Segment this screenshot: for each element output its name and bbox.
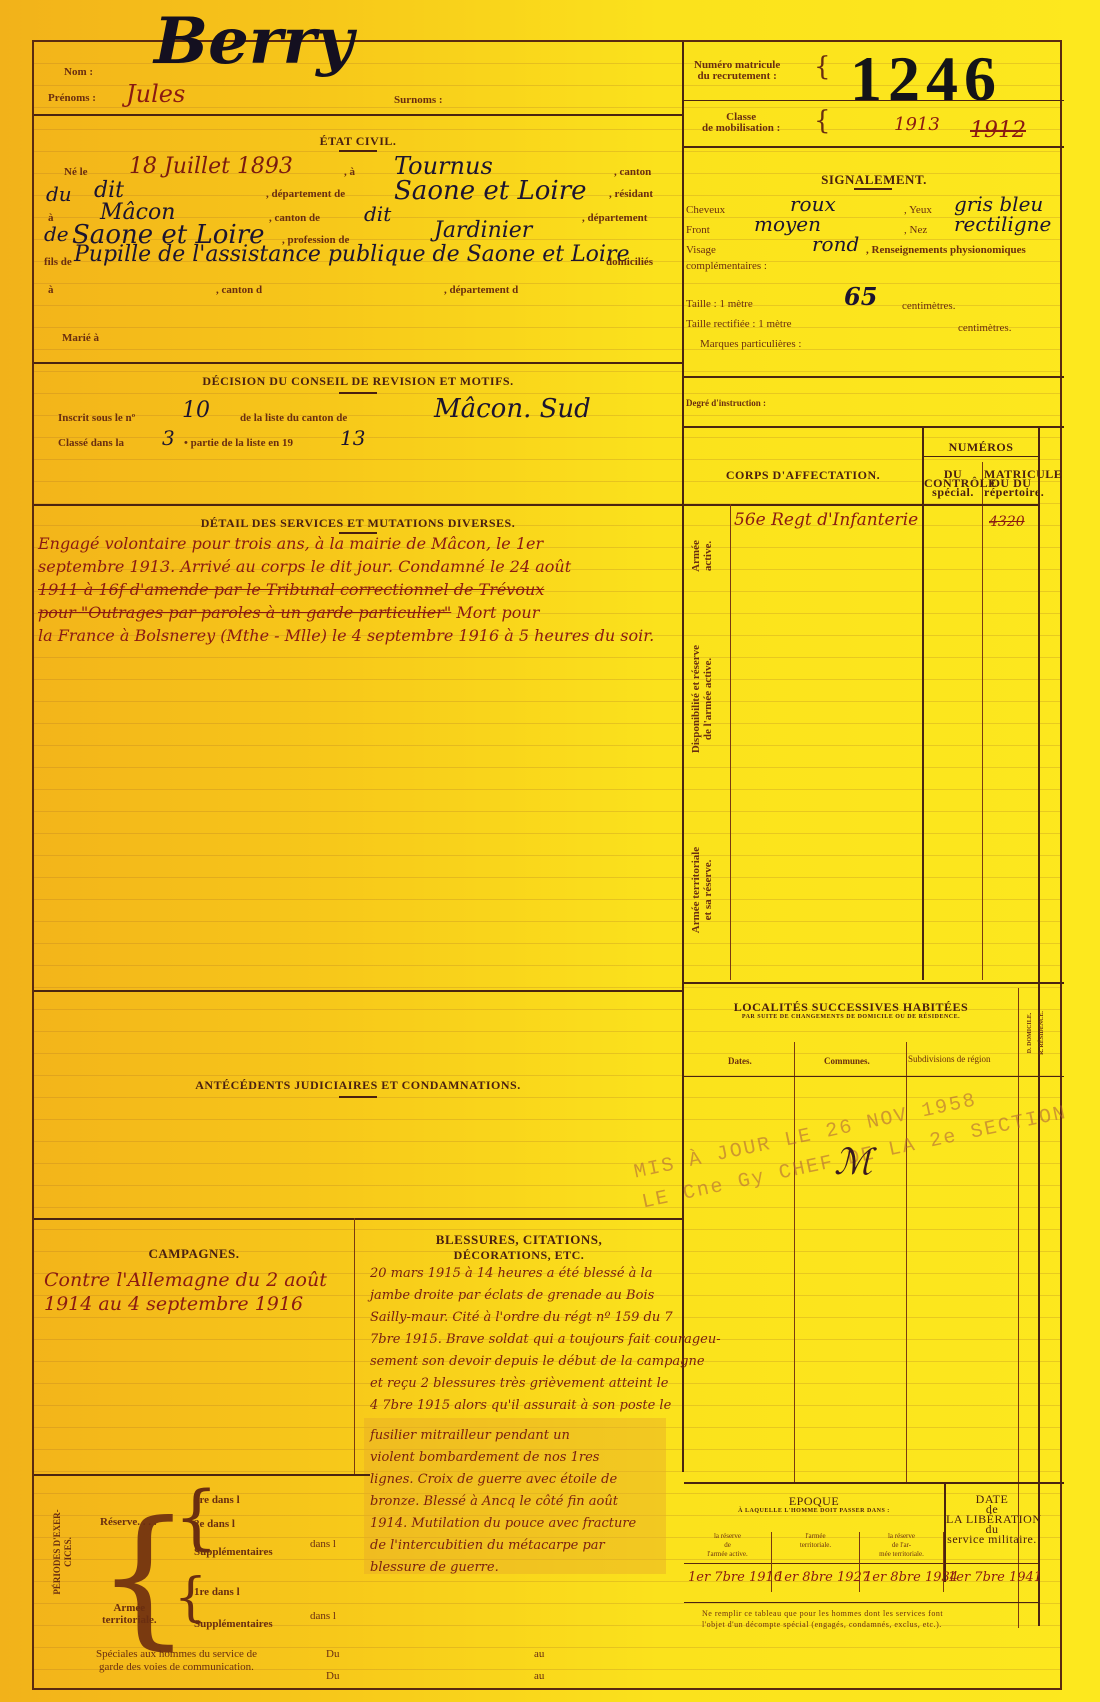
campagne-line: 1914 au 4 septembre 1916: [44, 1292, 327, 1316]
services-line-text: 1911 à 16f d'amende par le Tribunal corr…: [38, 580, 544, 599]
visage-label: Visage: [686, 244, 716, 256]
epoque-columns: la réservedel'armée active.1er 7bre 1916…: [684, 1532, 1038, 1592]
etat-civil-title: ÉTAT CIVIL.: [34, 134, 682, 149]
conseil-canton-value: Mâcon. Sud: [434, 394, 591, 424]
corps-title: CORPS D'AFFECTATION.: [684, 468, 922, 483]
brace: {: [174, 1572, 207, 1624]
departement-label: , département de: [266, 188, 345, 200]
au-label-1: au: [534, 1648, 544, 1660]
numeros-title: NUMÉROS: [924, 440, 1038, 455]
reserve-row-3: Supplémentaires: [194, 1546, 273, 1558]
services-line-text: Engagé volontaire pour trois ans, à la m…: [38, 534, 543, 553]
side-col-residence: R. RÉSIDENCE.: [1036, 998, 1048, 1068]
epoque-column-value: 1er 7bre 1941: [948, 1570, 1042, 1585]
disponibilite-label: Disponibilité et réserve de l'armée acti…: [690, 604, 714, 794]
divider: [684, 1482, 1064, 1484]
conseil-title: DÉCISION DU CONSEIL DE REVISION ET MOTIF…: [34, 374, 682, 389]
divider: [794, 1042, 795, 1482]
localites-subtitle: PAR SUITE DE CHANGEMENTS DE DOMICILE OU …: [684, 1014, 1018, 1020]
epoque-note-line: l'objet d'un décompte spécial (engagés, …: [702, 1619, 943, 1630]
fils-label: fils de: [44, 256, 72, 268]
blessures-line: 1914. Mutilation du pouce avec fracture: [370, 1516, 636, 1531]
territoriale-row-label: Armée territoriale et sa réserve.: [690, 810, 714, 970]
services-line: Engagé volontaire pour trois ans, à la m…: [38, 534, 543, 553]
front-value: moyen: [754, 212, 821, 236]
inscrit-label: Inscrit sous le nº: [58, 412, 135, 424]
departement2-label: , département: [582, 212, 647, 224]
blessures-subtitle: DÉCORATIONS, ETC.: [356, 1248, 682, 1263]
divider: [982, 462, 983, 980]
epoque-label-line: de l'ar-: [860, 1541, 943, 1550]
blessures-line: bronze. Blessé à Ancq le côté fin août: [370, 1494, 618, 1509]
divider: [354, 1218, 355, 1474]
fils-value: Pupille de l'assistance publique de Saon…: [74, 242, 630, 267]
matricule-label: Numéro matricule du recrutement :: [694, 60, 780, 82]
partie-label: • partie de la liste en 19: [184, 437, 293, 449]
blessures-line: sement son devoir depuis le début de la …: [370, 1354, 705, 1369]
domicilies-label: domiciliés: [606, 256, 653, 268]
epoque-label-line: de: [684, 1541, 771, 1550]
cheveux-label: Cheveux: [686, 204, 725, 216]
col-matricule-line: répertoire.: [984, 488, 1038, 497]
exercices-side-title-line: CICES.: [63, 1452, 74, 1652]
departement2-prefix: de: [44, 222, 69, 246]
divider: [34, 990, 682, 992]
antecedents-title: ANTÉCÉDENTS JUDICIAIRES ET CONDAMNATIONS…: [34, 1078, 682, 1093]
divider: [684, 982, 1064, 984]
side-cols: D. DOMICILE. R. RÉSIDENCE.: [1024, 998, 1048, 1068]
exercices-side-title: PÉRIODES D'EXER- CICES.: [52, 1452, 74, 1652]
taille-value: 65: [844, 282, 877, 311]
epoque-column-value: 1er 7bre 1916: [688, 1570, 782, 1585]
services-line-text: septembre 1913. Arrivé au corps le dit j…: [38, 557, 571, 576]
epoque-title: EPOQUE: [684, 1494, 944, 1509]
inscrit-value: 10: [182, 398, 210, 423]
divider: [684, 100, 1064, 101]
blessures-line: blessure de guerre.: [370, 1560, 499, 1575]
epoque-label-line: la réserve: [684, 1532, 771, 1541]
classe-struck-value: 1912: [970, 118, 1026, 143]
epoque-column-label: la réservede l'ar-mée territoriale.: [860, 1532, 943, 1564]
territoriale-row-1: 1re dans l: [194, 1586, 240, 1598]
services-line-text: la France à Bolsnerey (Mthe - Mlle) le 4…: [38, 626, 654, 645]
row-label-line: Armée: [690, 506, 702, 606]
classe-label-line: de mobilisation :: [702, 123, 780, 134]
blessures-line: jambe droite par éclats de grenade au Bo…: [370, 1288, 654, 1303]
nom-label: Nom :: [64, 66, 93, 78]
classe-label: Classe de mobilisation :: [702, 112, 780, 134]
matricule-value: 1246: [850, 42, 1002, 116]
epoque-column: 1er 7bre 1941: [944, 1532, 1038, 1592]
exercices-side-title-line: PÉRIODES D'EXER-: [52, 1452, 63, 1652]
surnoms-label: Surnoms :: [394, 94, 443, 106]
epoque-label-line: l'armée: [772, 1532, 859, 1541]
services-line: 1911 à 16f d'amende par le Tribunal corr…: [38, 580, 544, 599]
a2-label: à: [48, 284, 54, 296]
epoque-label-line: l'armée active.: [684, 1550, 771, 1559]
blessures-line: 7bre 1915. Brave soldat qui a toujours f…: [370, 1332, 721, 1347]
canton2-label: , canton de: [269, 212, 320, 224]
blessures-line: 4 7bre 1915 alors qu'il assurait à son p…: [370, 1398, 671, 1413]
row-label-line: Disponibilité et réserve: [690, 604, 702, 794]
epoque-subtitle: À LAQUELLE L'HOMME DOIT PASSER DANS :: [684, 1508, 944, 1514]
divider: [684, 146, 1064, 148]
taille-rectifiee-label: Taille rectifiée : 1 mètre: [686, 318, 792, 330]
epoque-column: la réservede l'ar-mée territoriale.1er 8…: [860, 1532, 944, 1592]
signalement-title: SIGNALEMENT.: [684, 172, 1064, 188]
epoque-note-line: Ne remplir ce tableau que pour les homme…: [702, 1608, 943, 1619]
territoriale-label: Armée territoriale.: [102, 1602, 157, 1626]
side-col-domicile: D. DOMICILE.: [1024, 998, 1036, 1068]
blessures-line: Sailly-maur. Cité à l'ordre du régt nº 1…: [370, 1310, 673, 1325]
row-label-line: de l'armée active.: [702, 604, 714, 794]
epoque-column: l'arméeterritoriale.1er 8bre 1927: [772, 1532, 860, 1592]
divider: [34, 114, 682, 116]
brace: {: [174, 1482, 219, 1552]
residant-label: , résidant: [609, 188, 653, 200]
col-controle-line: spécial.: [924, 488, 982, 497]
marie-label: Marié à: [62, 332, 99, 344]
blessures-line: et reçu 2 blessures très grièvement atte…: [370, 1376, 669, 1391]
col-communes: Communes.: [824, 1056, 870, 1066]
title-rule: [339, 150, 377, 152]
reserve-row-1: 1re dans l: [194, 1494, 240, 1506]
centimetres-label: centimètres.: [902, 300, 955, 312]
divider: [684, 426, 1064, 428]
epoque-column-value: 1er 8bre 1927: [776, 1570, 870, 1585]
epoque-column: la réservedel'armée active.1er 7bre 1916: [684, 1532, 772, 1592]
classe-dans-value: 3: [162, 426, 175, 450]
speciales-label-line: garde des voies de communication.: [96, 1661, 257, 1674]
services-line: la France à Bolsnerey (Mthe - Mlle) le 4…: [38, 626, 654, 645]
au-label-2: au: [534, 1670, 544, 1682]
complementaires-label: complémentaires :: [686, 260, 767, 272]
divider: [684, 1602, 1038, 1603]
degre-label: Degré d'instruction :: [686, 398, 766, 408]
a-label: , à: [344, 166, 355, 178]
dans-label: dans l: [310, 1610, 336, 1622]
front-label: Front: [686, 224, 710, 236]
title-rule: [339, 1096, 377, 1098]
corps-value: 56e Regt d'Infanterie: [734, 510, 918, 530]
epoque-note: Ne remplir ce tableau que pour les homme…: [702, 1608, 943, 1630]
prenoms-value: Jules: [126, 80, 185, 108]
territoriale-label-line: Armée: [102, 1602, 157, 1614]
classe-dans-label: Classé dans la: [58, 437, 124, 449]
annee-value: 13: [340, 426, 365, 450]
col-subdivisions: Subdivisions de région: [908, 1054, 991, 1064]
canton-prefix: du: [46, 182, 72, 206]
liste-label: de la liste du canton de: [240, 412, 347, 424]
services-line: septembre 1913. Arrivé au corps le dit j…: [38, 557, 571, 576]
nez-label: , Nez: [904, 224, 927, 236]
blessures-line: fusilier mitrailleur pendant un: [370, 1428, 570, 1443]
dans-label: dans l: [310, 1538, 336, 1550]
departement3-label: , département d: [444, 284, 518, 296]
blessures-line: 20 mars 1915 à 14 heures a été blessé à …: [370, 1266, 652, 1281]
campagnes-text: Contre l'Allemagne du 2 août 1914 au 4 s…: [44, 1268, 327, 1316]
divider: [924, 456, 1038, 457]
divider: [922, 428, 924, 980]
brace: {: [814, 106, 831, 136]
signature-mark: ℳ: [834, 1142, 873, 1183]
classe-value: 1913: [894, 114, 940, 135]
speciales-label-line: Spéciales aux hommes du service de: [96, 1648, 257, 1661]
services-title: DÉTAIL DES SERVICES ET MUTATIONS DIVERSE…: [34, 516, 682, 531]
departement-value: Saone et Loire: [394, 176, 587, 206]
marques-label: Marques particulières :: [700, 338, 801, 350]
divider: [684, 376, 1064, 378]
reserve-label: Réserve. . . .: [100, 1516, 157, 1528]
divider: [34, 1218, 682, 1220]
divider: [34, 504, 682, 506]
canton3-label: , canton d: [216, 284, 262, 296]
epoque-column-label: la réservedel'armée active.: [684, 1532, 771, 1564]
armee-active-label: Armée active.: [690, 506, 714, 606]
prenoms-label: Prénoms :: [48, 92, 96, 104]
blessures-line: de l'intercubitien du métacarpe par: [370, 1538, 605, 1553]
row-label-line: Armée territoriale: [690, 810, 702, 970]
profession-value: Jardinier: [434, 218, 532, 243]
ne-le-label: Né le: [64, 166, 88, 178]
centimetres2-label: centimètres.: [958, 322, 1011, 334]
row-label-line: active.: [702, 506, 714, 606]
du-label-1: Du: [326, 1648, 339, 1660]
divider: [924, 504, 1038, 506]
col-dates: Dates.: [728, 1056, 752, 1066]
ne-le-value: 18 Juillet 1893: [129, 154, 293, 179]
services-line-text: pour "Outrages par paroles à un garde pa…: [38, 603, 451, 622]
visage-value: rond: [812, 232, 859, 256]
du-label-2: Du: [326, 1670, 339, 1682]
yeux-label: , Yeux: [904, 204, 932, 216]
epoque-label-line: territoriale.: [772, 1541, 859, 1550]
localites-title: LOCALITÉS SUCCESSIVES HABITÉES: [684, 1000, 1018, 1015]
campagne-line: Contre l'Allemagne du 2 août: [44, 1268, 327, 1292]
blessures-line: lignes. Croix de guerre avec étoile de: [370, 1472, 617, 1487]
renseignements-label: , Renseignements physionomiques: [866, 244, 1026, 256]
speciales-label: Spéciales aux hommes du service de garde…: [96, 1648, 257, 1674]
nez-value: rectiligne: [954, 212, 1051, 236]
territoriale-label-line: territoriale.: [102, 1614, 157, 1626]
military-register-sheet: Berry Nom : Prénoms : Jules Surnoms : Nu…: [32, 40, 1062, 1690]
corps-matricule-value: 4320: [989, 514, 1025, 530]
title-rule: [339, 392, 377, 394]
col-matricule: MATRICULE OU DU répertoire.: [984, 470, 1038, 497]
epoque-column-label: l'arméeterritoriale.: [772, 1532, 859, 1564]
divider: [684, 1076, 1064, 1077]
reserve-row-2: 2e dans l: [194, 1518, 235, 1530]
col-controle: DU CONTRÔLE spécial.: [924, 470, 982, 497]
services-line-tail: Mort pour: [451, 603, 539, 622]
epoque-column-label: [944, 1532, 1038, 1564]
nom-value: Berry: [154, 4, 353, 79]
row-label-line: et sa réserve.: [702, 810, 714, 970]
canton-label: , canton: [614, 166, 651, 178]
divider: [682, 42, 684, 1472]
divider: [684, 504, 922, 506]
territoriale-row-2: Supplémentaires: [194, 1618, 273, 1630]
divider: [730, 504, 731, 980]
taille-label: Taille : 1 mètre: [686, 298, 753, 310]
epoque-label-line: mée territoriale.: [860, 1550, 943, 1559]
title-rule: [854, 188, 892, 190]
epoque-label-line: la réserve: [860, 1532, 943, 1541]
services-line: pour "Outrages par paroles à un garde pa…: [38, 603, 539, 622]
blessures-line: violent bombardement de nos 1res: [370, 1450, 599, 1465]
blessures-title: BLESSURES, CITATIONS,: [356, 1232, 682, 1248]
divider: [34, 362, 682, 364]
matricule-label-line: du recrutement :: [694, 71, 780, 82]
campagnes-title: CAMPAGNES.: [34, 1246, 354, 1262]
canton2-value: dit: [364, 202, 391, 226]
brace: {: [814, 52, 831, 82]
